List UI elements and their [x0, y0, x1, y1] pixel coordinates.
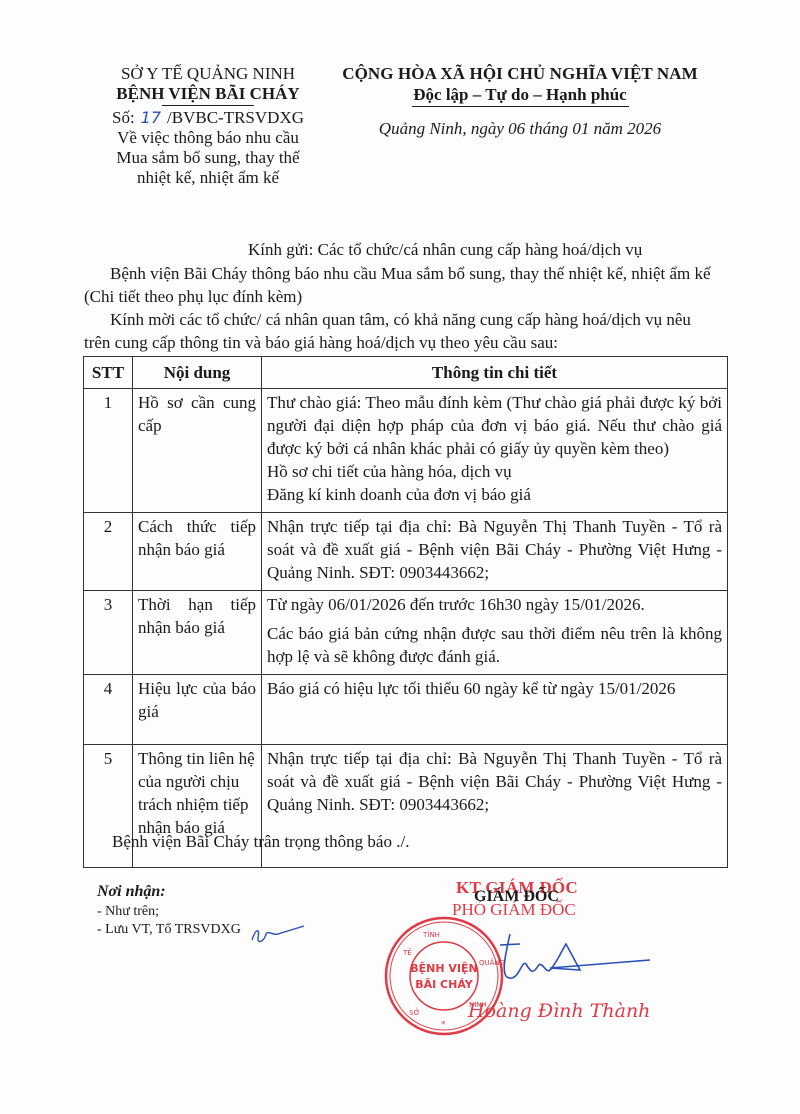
header-stt: STT	[84, 357, 133, 389]
row-stt: 3	[84, 591, 133, 675]
table-row: 1 Hồ sơ cần cung cấp Thư chào giá: Theo …	[84, 389, 728, 513]
place-date: Quảng Ninh, ngày 06 tháng 01 năm 2026	[320, 119, 720, 139]
header-underline	[162, 105, 254, 106]
svg-text:TỈNH: TỈNH	[422, 930, 440, 939]
detail-line: Nhận trực tiếp tại địa chỉ: Bà Nguyễn Th…	[267, 515, 722, 588]
national-title: CỘNG HÒA XÃ HỘI CHỦ NGHĨA VIỆT NAM	[320, 64, 720, 84]
signer-name: Hoàng Đình Thành	[468, 1000, 650, 1022]
agency-name: SỞ Y TẾ QUẢNG NINH	[88, 64, 328, 84]
detail-line: Đăng kí kinh doanh của đơn vị báo giá	[267, 483, 722, 510]
doc-number-handwritten: 17	[135, 108, 167, 127]
header-content: Nội dung	[133, 357, 262, 389]
paragraph-2-line-2: trên cung cấp thông tin và báo giá hàng …	[84, 331, 558, 354]
organization-name: BỆNH VIỆN BÃI CHÁY	[88, 84, 328, 104]
subject-line-2: Mua sắm bổ sung, thay thế	[88, 148, 328, 168]
detail-line: Thư chào giá: Theo mẫu đính kèm (Thư chà…	[267, 391, 722, 460]
recipients-block: Nơi nhận: - Như trên; - Lưu VT, Tổ TRSVD…	[97, 883, 241, 939]
detail-line: Hồ sơ chi tiết của hàng hóa, dịch vụ	[267, 460, 722, 483]
detail-line: Các báo giá bản cứng nhận được sau thời …	[267, 622, 722, 672]
requirements-table: STT Nội dung Thông tin chi tiết 1 Hồ sơ …	[83, 356, 728, 868]
row-details: Thư chào giá: Theo mẫu đính kèm (Thư chà…	[262, 389, 728, 513]
motto-underline	[412, 106, 629, 107]
table-row: 3 Thời hạn tiếp nhận báo giá Từ ngày 06/…	[84, 591, 728, 675]
svg-text:SỞ: SỞ	[409, 1007, 420, 1017]
recipient-item: - Như trên;	[97, 903, 241, 921]
svg-text:BỆNH VIỆN: BỆNH VIỆN	[410, 962, 477, 975]
paragraph-1-line-1: Bệnh viện Bãi Cháy thông báo nhu cầu Mua…	[110, 262, 740, 285]
row-details: Từ ngày 06/01/2026 đến trước 16h30 ngày …	[262, 591, 728, 675]
row-stt: 2	[84, 513, 133, 591]
row-content: Hồ sơ cần cung cấp	[133, 389, 262, 513]
recipients-title: Nơi nhận:	[97, 883, 241, 901]
row-stt: 1	[84, 389, 133, 513]
row-content: Thời hạn tiếp nhận báo giá	[133, 591, 262, 675]
table-row: 4 Hiệu lực của báo giá Báo giá có hiệu l…	[84, 675, 728, 745]
subject-line-3: nhiệt kế, nhiệt ẩm kế	[88, 168, 328, 188]
svg-text:TẾ: TẾ	[402, 947, 412, 957]
paragraph-2-line-1: Kính mời các tổ chức/ cá nhân quan tâm, …	[110, 308, 740, 331]
detail-line: Từ ngày 06/01/2026 đến trước 16h30 ngày …	[267, 593, 722, 616]
closing-line: Bệnh viện Bãi Cháy trân trọng thông báo …	[112, 832, 409, 852]
doc-number-prefix: Số:	[112, 108, 135, 127]
detail-line: Nhận trực tiếp tại địa chỉ: Bà Nguyễn Th…	[267, 747, 722, 816]
recipient-line: Kính gửi: Các tổ chức/cá nhân cung cấp h…	[248, 238, 642, 261]
handwritten-signature-icon	[500, 930, 660, 1000]
svg-text:BÃI CHÁY: BÃI CHÁY	[415, 978, 474, 991]
detail-line: Báo giá có hiệu lực tối thiểu 60 ngày kể…	[267, 677, 722, 700]
row-content: Cách thức tiếp nhận báo giá	[133, 513, 262, 591]
motto: Độc lập – Tự do – Hạnh phúc	[320, 84, 720, 106]
table-row: 2 Cách thức tiếp nhận báo giá Nhận trực …	[84, 513, 728, 591]
row-content: Hiệu lực của báo giá	[133, 675, 262, 745]
initials-scribble-icon	[248, 922, 308, 946]
table-header-row: STT Nội dung Thông tin chi tiết	[84, 357, 728, 389]
document-number: Số:17/BVBC-TRSVDXG	[88, 108, 328, 128]
recipient-item: - Lưu VT, Tổ TRSVDXG	[97, 921, 241, 939]
header-details: Thông tin chi tiết	[262, 357, 728, 389]
row-details: Nhận trực tiếp tại địa chỉ: Bà Nguyễn Th…	[262, 513, 728, 591]
svg-text:*: *	[441, 1020, 446, 1030]
subject-line-1: Về việc thông báo nhu cầu	[88, 128, 328, 148]
row-details: Báo giá có hiệu lực tối thiểu 60 ngày kể…	[262, 675, 728, 745]
doc-number-suffix: /BVBC-TRSVDXG	[167, 108, 304, 127]
row-stt: 4	[84, 675, 133, 745]
position-title: GIÁM ĐỐC	[474, 888, 559, 906]
paragraph-1-line-2: (Chi tiết theo phụ lục đính kèm)	[84, 285, 302, 308]
issuer-header: SỞ Y TẾ QUẢNG NINH BỆNH VIỆN BÃI CHÁY Số…	[88, 64, 328, 188]
national-header: CỘNG HÒA XÃ HỘI CHỦ NGHĨA VIỆT NAM Độc l…	[320, 64, 720, 139]
